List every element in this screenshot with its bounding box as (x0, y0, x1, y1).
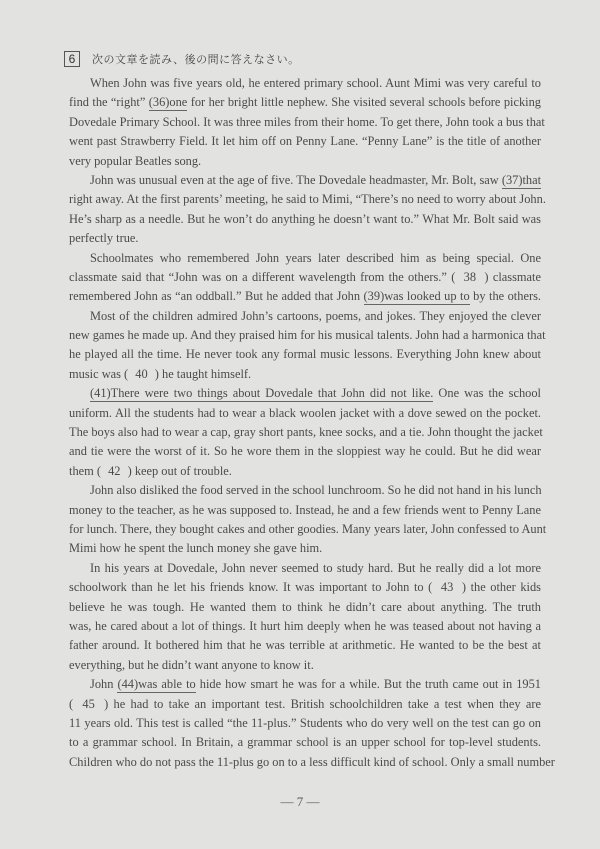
passage-line: He’s sharp as a needle. But he won’t do … (69, 210, 541, 229)
passage-text: ) the other kids (457, 580, 541, 594)
passage-text: for lunch. There, they bought cakes and … (69, 522, 546, 536)
passage-text: John (90, 677, 117, 691)
passage-text: ) keep out of trouble. (125, 464, 232, 478)
blank-number: 40 (131, 365, 151, 384)
passage-text: remembered John as “an oddball.” But he … (69, 289, 364, 303)
passage-text: One was the school (433, 386, 541, 400)
underlined-phrase: (37)that (502, 173, 541, 189)
passage-text: uniform. All the students had to wear a … (69, 406, 541, 420)
passage-line: John (44)was able to hide how smart he w… (69, 675, 541, 694)
passage-text: went past Strawberry Field. It let him o… (69, 134, 541, 148)
passage-text: Mimi how he spent the lunch money she ga… (69, 541, 322, 555)
question-header: 6 次の文章を読み、後の問に答えなさい。 (64, 51, 300, 67)
passage-line: Mimi how he spent the lunch money she ga… (69, 539, 541, 558)
passage-line: was, he cared about a lot of things. It … (69, 617, 541, 636)
passage-text: and tie were the worst of it. So he wore… (69, 444, 541, 458)
passage-line: Most of the children admired John’s cart… (69, 307, 541, 326)
passage-line: perfectly true. (69, 229, 541, 248)
exam-page: 6 次の文章を読み、後の問に答えなさい。 When John was five … (0, 0, 600, 849)
passage-line: for lunch. There, they bought cakes and … (69, 520, 541, 539)
passage-line: classmate said that “John was on a diffe… (69, 268, 541, 287)
passage-line: 11 years old. This test is called “the 1… (69, 714, 541, 733)
passage-text: new games he made up. And they praised h… (69, 328, 546, 342)
question-number-box: 6 (64, 51, 80, 67)
passage-text: Most of the children admired John’s cart… (90, 309, 541, 323)
passage-line: When John was five years old, he entered… (69, 74, 541, 93)
blank-number: 45 (78, 695, 98, 714)
passage-line: went past Strawberry Field. It let him o… (69, 132, 541, 151)
passage-text: When John was five years old, he entered… (90, 76, 541, 90)
passage-text: ) classmate (480, 270, 541, 284)
passage-text: Schoolmates who remembered John years la… (90, 251, 541, 265)
passage-line: John was unusual even at the age of five… (69, 171, 541, 190)
passage-text: he played all the time. He never took an… (69, 347, 541, 361)
passage-text: He’s sharp as a needle. But he won’t do … (69, 212, 541, 226)
passage-text: find the “right” (69, 95, 149, 109)
blank-number: 38 (460, 268, 480, 287)
passage-text: music was ( (69, 367, 131, 381)
passage-text: The boys also had to wear a cap, gray sh… (69, 425, 543, 439)
passage-text: father around. It bothered him that he w… (69, 638, 541, 652)
passage-text: was, he cared about a lot of things. It … (69, 619, 541, 633)
passage-line: remembered John as “an oddball.” But he … (69, 287, 541, 306)
passage-text: to a grammar school. In Britain, a gramm… (69, 735, 541, 749)
passage-text: schoolwork than he let his friends know.… (69, 580, 437, 594)
passage-line: The boys also had to wear a cap, gray sh… (69, 423, 541, 442)
passage-text: 11 years old. This test is called “the 1… (69, 716, 541, 730)
passage-text: believe he was tough. He wanted them to … (69, 600, 541, 614)
passage-line: music was ( 40 ) he taught himself. (69, 365, 541, 384)
passage-line: to a grammar school. In Britain, a gramm… (69, 733, 541, 752)
passage-line: John also disliked the food served in th… (69, 481, 541, 500)
passage-text: classmate said that “John was on a diffe… (69, 270, 460, 284)
passage-line: Schoolmates who remembered John years la… (69, 249, 541, 268)
blank-number: 42 (104, 462, 124, 481)
page-number: — 7 — (0, 794, 600, 810)
passage-line: right away. At the first parents’ meetin… (69, 190, 541, 209)
passage-line: them ( 42 ) keep out of trouble. (69, 462, 541, 481)
passage-line: very popular Beatles song. (69, 152, 541, 171)
passage-line: uniform. All the students had to wear a … (69, 404, 541, 423)
passage-line: In his years at Dovedale, John never see… (69, 559, 541, 578)
passage-line: find the “right” (36)one for her bright … (69, 93, 541, 112)
reading-passage: When John was five years old, he entered… (69, 74, 541, 772)
passage-text: perfectly true. (69, 231, 139, 245)
passage-line: everything, but he didn’t want anyone to… (69, 656, 541, 675)
passage-line: Dovedale Primary School. It was three mi… (69, 113, 541, 132)
question-instruction: 次の文章を読み、後の問に答えなさい。 (92, 51, 300, 67)
passage-line: believe he was tough. He wanted them to … (69, 598, 541, 617)
passage-text: hide how smart he was for a while. But t… (196, 677, 541, 691)
passage-line: schoolwork than he let his friends know.… (69, 578, 541, 597)
passage-text: In his years at Dovedale, John never see… (90, 561, 541, 575)
passage-line: he played all the time. He never took an… (69, 345, 541, 364)
underlined-phrase: (39)was looked up to (364, 289, 470, 305)
passage-text: money to the teacher, as he was supposed… (69, 503, 541, 517)
passage-line: new games he made up. And they praised h… (69, 326, 541, 345)
passage-text: Dovedale Primary School. It was three mi… (69, 115, 545, 129)
passage-line: money to the teacher, as he was supposed… (69, 501, 541, 520)
passage-text: everything, but he didn’t want anyone to… (69, 658, 314, 672)
passage-line: (41)There were two things about Dovedale… (69, 384, 541, 403)
passage-text: ( (69, 697, 78, 711)
passage-text: right away. At the first parents’ meetin… (69, 192, 546, 206)
passage-text: John also disliked the food served in th… (90, 483, 542, 497)
passage-text: them ( (69, 464, 104, 478)
passage-text: Children who do not pass the 11-plus go … (69, 755, 555, 769)
passage-text: ) he taught himself. (152, 367, 251, 381)
underlined-phrase: (41)There were two things about Dovedale… (90, 386, 433, 402)
passage-line: ( 45 ) he had to take an important test.… (69, 695, 541, 714)
passage-line: and tie were the worst of it. So he wore… (69, 442, 541, 461)
underlined-phrase: (44)was able to (117, 677, 195, 693)
underlined-phrase: (36)one (149, 95, 188, 111)
passage-line: Children who do not pass the 11-plus go … (69, 753, 541, 772)
passage-line: father around. It bothered him that he w… (69, 636, 541, 655)
passage-text: ) he had to take an important test. Brit… (99, 697, 541, 711)
passage-text: for her bright little nephew. She visite… (187, 95, 541, 109)
passage-text: very popular Beatles song. (69, 154, 201, 168)
passage-text: by the others. (470, 289, 541, 303)
passage-text: John was unusual even at the age of five… (90, 173, 502, 187)
blank-number: 43 (437, 578, 457, 597)
